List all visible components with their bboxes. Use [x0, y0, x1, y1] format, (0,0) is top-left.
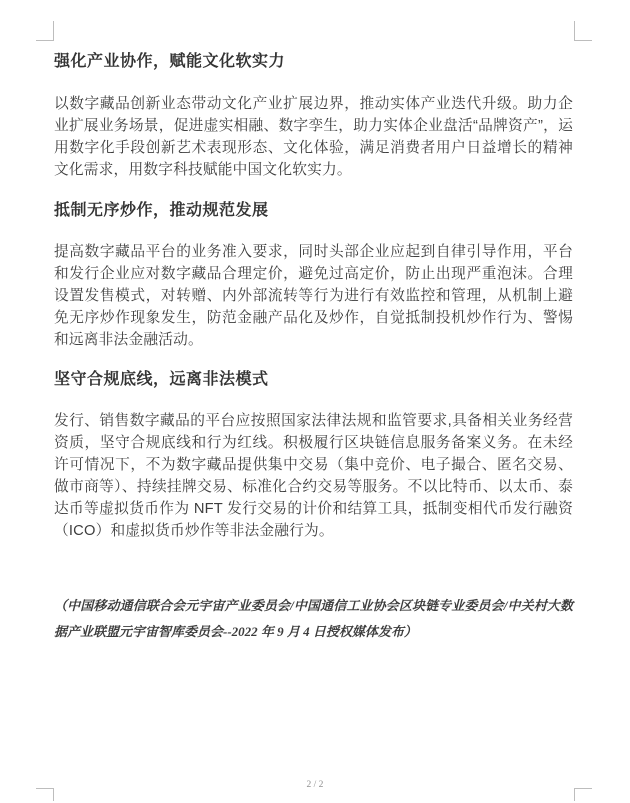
section-paragraph-2: 提高数字藏品平台的业务准入要求，同时头部企业应起到自律引导作用，平台和发行企业应…	[54, 241, 573, 351]
section-heading-1: 强化产业协作，赋能文化软实力	[54, 52, 573, 72]
section-paragraph-1: 以数字藏品创新业态带动文化产业扩展边界，推动实体产业迭代升级。助力企业扩展业务场…	[54, 93, 573, 181]
section-heading-3: 坚守合规底线，远离非法模式	[54, 370, 573, 390]
page-number: 2 / 2	[0, 780, 630, 790]
text-boundary-mark-top-right	[574, 21, 592, 41]
document-page: 强化产业协作，赋能文化软实力 以数字藏品创新业态带动文化产业扩展边界，推动实体产…	[0, 0, 630, 803]
attribution-note: （中国移动通信联合会元宇宙产业委员会/中国通信工业协会区块链专业委员会/中关村大…	[54, 593, 573, 645]
section-paragraph-3: 发行、销售数字藏品的平台应按照国家法律法规和监管要求,具备相关业务经营资质，坚守…	[54, 410, 573, 542]
section-heading-2: 抵制无序炒作，推动规范发展	[54, 201, 573, 221]
text-boundary-mark-top-left	[36, 21, 54, 41]
text-area: 强化产业协作，赋能文化软实力 以数字藏品创新业态带动文化产业扩展边界，推动实体产…	[54, 0, 573, 645]
